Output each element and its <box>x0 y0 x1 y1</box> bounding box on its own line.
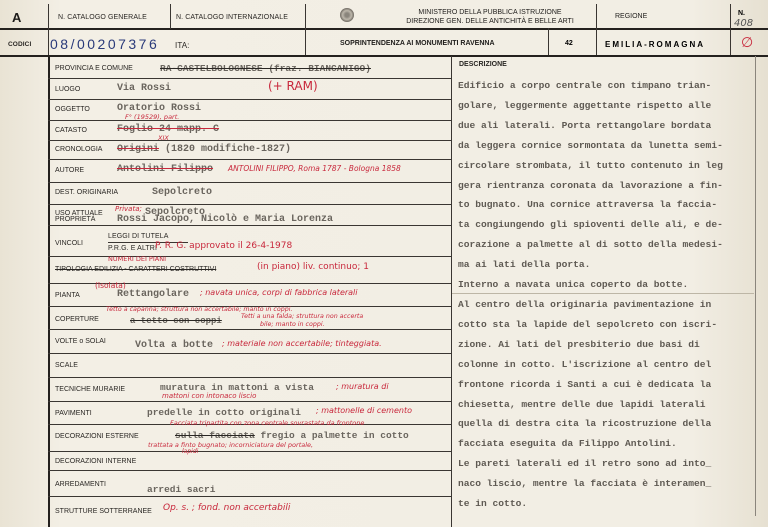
decest-note-3: lapidi <box>182 448 198 455</box>
description-title: DESCRIZIONE <box>459 61 507 68</box>
luogo-label: LUOGO <box>55 86 80 93</box>
description-text: Edificio a corpo centrale con timpano tr… <box>458 76 758 514</box>
description-line: frontone ricorda i Santi a cui è dedicat… <box>458 375 758 395</box>
ita-label: ITA: <box>175 41 189 50</box>
description-line: corazione a palmette al di sotto della m… <box>458 235 758 255</box>
description-line: Interno a navata unica coperto da botte. <box>458 275 758 295</box>
ministry-heading: MINISTERO DELLA PUBBLICA ISTRUZIONE DIRE… <box>380 8 600 26</box>
codici-label: CODICI <box>8 41 31 48</box>
dest-value: Sepolcreto <box>152 187 212 198</box>
n-mark: ∅ <box>741 35 753 51</box>
decest-value: sulla facciata fregio a palmette in cott… <box>175 430 409 441</box>
description-line: Le pareti laterali ed il retro sono ad i… <box>458 454 758 474</box>
strutture-label: STRUTTURE SOTTERRANEE <box>55 508 152 515</box>
volte-label: VOLTE o SOLAI <box>55 338 106 345</box>
provincia-value: RA-CASTELBOLOGNESE (fraz. BIANCANIGO) <box>160 63 371 74</box>
pianta-note: ; navata unica, corpi di fabbrica latera… <box>200 288 358 297</box>
pianta-value: Rettangolare <box>117 289 189 300</box>
prg-label: P.R.G. E ALTRI <box>108 245 157 252</box>
autore-value: Antolini Filippo <box>117 164 213 175</box>
arredamenti-label: ARREDAMENTI <box>55 481 106 488</box>
coperture-note-2b: bile; manto in coppi. <box>260 321 325 328</box>
luogo-value: Via Rossi <box>117 83 171 94</box>
catasto-label: CATASTO <box>55 127 87 134</box>
catalogo-internazionale-label: N. CATALOGO INTERNAZIONALE <box>176 14 288 21</box>
proprieta-note: Privata; <box>115 205 142 213</box>
vincoli-label: VINCOLI <box>55 240 83 247</box>
description-line: facciata eseguita da Filippo Antolini. <box>458 434 758 454</box>
divider <box>48 4 49 55</box>
divider <box>305 4 306 55</box>
catalogo-generale-value: 08/00207376 <box>50 36 159 52</box>
regione-value: EMILIA-ROMAGNA <box>605 40 705 49</box>
ministry-line-2: DIREZIONE GEN. DELLE ANTICHITÀ E BELLE A… <box>380 17 600 26</box>
pavimenti-value: predelle in cotto originali <box>147 407 301 418</box>
pavimenti-note: ; mattonelle di cemento <box>316 406 412 415</box>
regione-label: REGIONE <box>615 13 647 20</box>
description-line: chiesetta, mentre delle due lapidi later… <box>458 395 758 415</box>
description-line: Edificio a corpo centrale con timpano tr… <box>458 76 758 96</box>
description-line: ta congiungendo gli spioventi delle ali,… <box>458 215 758 235</box>
pianta-label: PIANTA <box>55 292 80 299</box>
volte-value: Volta a botte <box>135 340 213 351</box>
leggi-label: LEGGI DI TUTELA <box>108 233 169 240</box>
divider <box>548 28 549 55</box>
description-line: colonne in cotto. L'iscrizione al centro… <box>458 355 758 375</box>
tecniche-label: TECNICHE MURARIE <box>55 386 125 393</box>
decest-note-1: Facciata tripartita con zona centrale so… <box>170 419 364 427</box>
n-value: 408 <box>734 18 753 29</box>
soprintendenza: SOPRINTENDENZA AI MONUMENTI RAVENNA <box>340 40 495 47</box>
oggetto-label: OGGETTO <box>55 106 90 113</box>
decest-note-2: trattata a finto bugnato; incorniciatura… <box>148 441 313 449</box>
republic-emblem-icon <box>340 8 354 22</box>
description-line: to bugnato. Una cornice attraversa la fa… <box>458 195 758 215</box>
divider <box>730 4 731 55</box>
proprieta-label: PROPRIETÀ <box>55 216 95 223</box>
pavimenti-label: PAVIMENTI <box>55 410 92 417</box>
description-line: ma ai lati della porta. <box>458 255 758 275</box>
soprintendenza-code: 42 <box>565 40 573 47</box>
description-line: da leggera cornice sormontata da lunetta… <box>458 136 758 156</box>
description-line: naco liscio, mentre la facciata è intera… <box>458 474 758 494</box>
tipologia-note-top: NUMERI DEI PIANI <box>108 255 166 263</box>
coperture-note-2a: Tetti a una falda; struttura non accerta <box>241 313 363 320</box>
proprieta-value: Rossi Jacopo, Nicolò e Maria Lorenza <box>117 214 333 225</box>
catasto-note: F° (19529), part. <box>125 113 179 121</box>
tipologia-label: TIPOLOGIA EDILIZIA - CARATTERI COSTRUTTI… <box>55 266 216 273</box>
description-line: quella di destra cita la ricostruzione d… <box>458 414 758 434</box>
prg-note: P. R. G. approvato il 26-4-1978 <box>155 241 292 251</box>
divider <box>0 55 768 57</box>
autore-note: ANTOLINI FILIPPO, Roma 1787 - Bologna 18… <box>228 164 401 173</box>
description-line: cotto sta la lapide del sepolcreto con i… <box>458 315 758 335</box>
decint-label: DECORAZIONI INTERNE <box>55 458 136 465</box>
autore-label: AUTORE <box>55 167 84 174</box>
divider <box>451 56 452 527</box>
description-line: golare, leggermente aggettante rispetto … <box>458 96 758 116</box>
cronologia-value: Origini (1820 modifiche-1827) <box>117 144 291 155</box>
coperture-note-1: Tetto a capanna; struttura non accertabi… <box>106 306 292 313</box>
tecniche-note-1: ; muratura di <box>336 382 389 391</box>
description-line: due ali laterali. Porta rettangolare bor… <box>458 116 758 136</box>
catalogo-generale-label: N. CATALOGO GENERALE <box>58 14 147 21</box>
tecniche-note-2: mattoni con intonaco liscio <box>162 392 256 400</box>
description-line: gera rientranza coronata da lavorazione … <box>458 176 758 196</box>
luogo-note: (+ RAM) <box>268 79 318 93</box>
description-line: circolare strombata, il tutto contenuto … <box>458 156 758 176</box>
n-label: N. <box>738 10 745 17</box>
catalog-card: A N. CATALOGO GENERALE N. CATALOGO INTER… <box>0 0 768 527</box>
description-line: te in cotto. <box>458 494 758 514</box>
divider <box>48 56 50 527</box>
description-line: Al centro della originaria pavimentazion… <box>458 295 758 315</box>
volte-note: ; materiale non accertabile; tinteggiata… <box>222 339 382 348</box>
provincia-label: PROVINCIA E COMUNE <box>55 65 133 72</box>
dest-label: DEST. ORIGINARIA <box>55 189 118 196</box>
description-line: zione. Ai lati del presbiterio due basi … <box>458 335 758 355</box>
arredamenti-value: arredi sacri <box>147 484 215 495</box>
cronologia-label: CRONOLOGIA <box>55 146 102 153</box>
cronologia-note: XIX <box>158 134 169 142</box>
strutture-note: Op. s. ; fond. non accertabili <box>163 503 290 513</box>
coperture-value: a tetto con coppi <box>130 316 222 326</box>
decest-label: DECORAZIONI ESTERNE <box>55 433 139 440</box>
ministry-line-1: MINISTERO DELLA PUBBLICA ISTRUZIONE <box>380 8 600 17</box>
divider <box>0 28 768 30</box>
coperture-label: COPERTURE <box>55 316 99 323</box>
scale-label: SCALE <box>55 362 78 369</box>
divider <box>170 4 171 29</box>
section-letter: A <box>12 10 21 25</box>
tipologia-note: (in piano) liv. continuo; 1 <box>257 262 369 272</box>
